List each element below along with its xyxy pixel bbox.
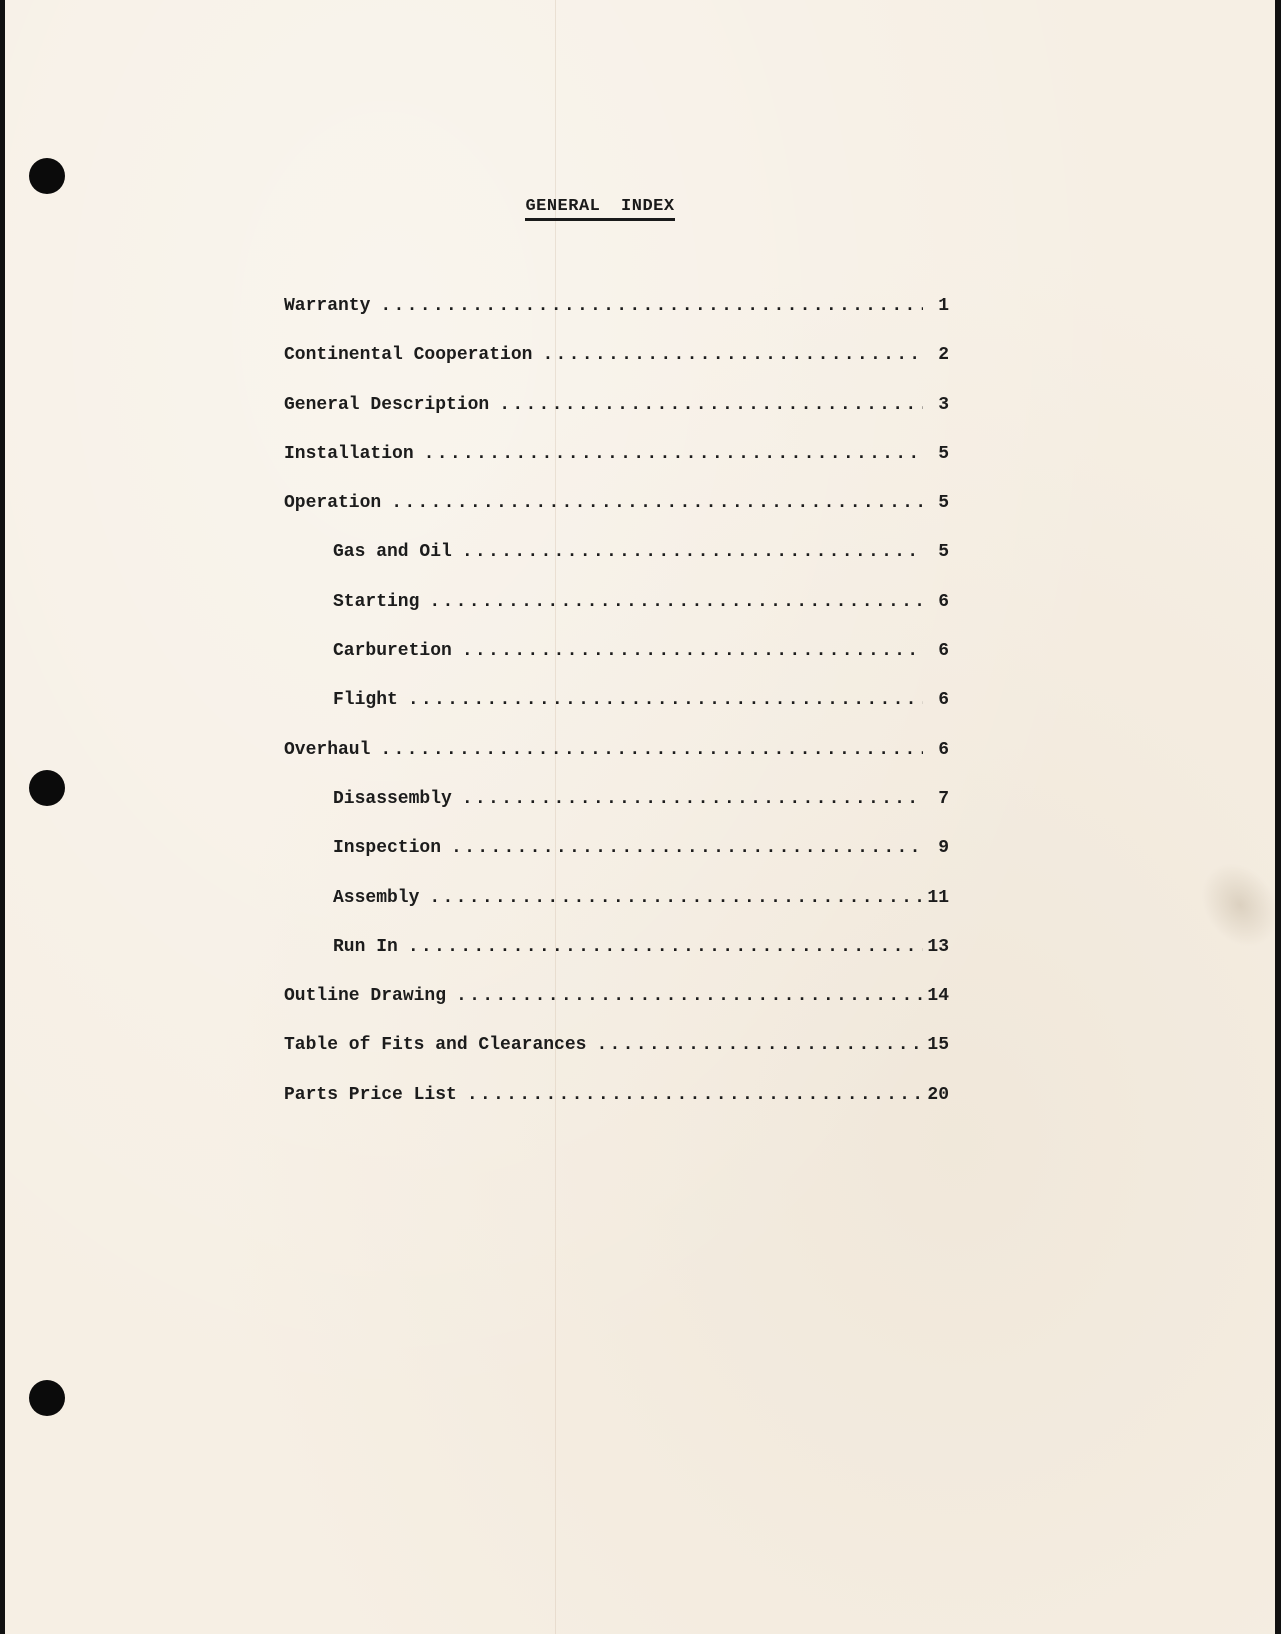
toc-entry: Continental Cooperation2 (284, 345, 949, 394)
toc-page-number: 9 (923, 838, 949, 858)
dot-leader (462, 542, 923, 562)
dot-leader (424, 444, 923, 464)
toc-entry-label: Overhaul (284, 740, 380, 760)
punch-hole-icon (29, 158, 65, 194)
table-of-contents: Warranty1Continental Cooperation2General… (284, 296, 949, 1134)
page-title-text: GENERAL INDEX (525, 197, 674, 221)
toc-page-number: 1 (923, 296, 949, 316)
dot-leader (542, 345, 923, 365)
toc-entry: General Description3 (284, 395, 949, 444)
scanned-page: GENERAL INDEX Warranty1Continental Coope… (5, 0, 1275, 1634)
toc-entry-label: Warranty (284, 296, 380, 316)
toc-entry-label: Continental Cooperation (284, 345, 542, 365)
toc-entry: Table of Fits and Clearances15 (284, 1035, 949, 1084)
dot-leader (467, 1085, 923, 1105)
toc-entry: Installation5 (284, 444, 949, 493)
dot-leader (451, 838, 923, 858)
toc-entry-label: Starting (333, 592, 429, 612)
punch-hole-icon (29, 770, 65, 806)
toc-entry-label: General Description (284, 395, 499, 415)
toc-entry: Disassembly7 (284, 789, 949, 838)
dot-leader (596, 1035, 923, 1055)
toc-entry: Gas and Oil5 (284, 542, 949, 591)
toc-entry-label: Run In (333, 937, 408, 957)
toc-page-number: 14 (923, 986, 949, 1006)
toc-page-number: 6 (923, 641, 949, 661)
toc-page-number: 6 (923, 740, 949, 760)
dot-leader (408, 937, 923, 957)
toc-entry: Inspection9 (284, 838, 949, 887)
dot-leader (429, 592, 923, 612)
toc-entry: Warranty1 (284, 296, 949, 345)
toc-page-number: 6 (923, 690, 949, 710)
dot-leader (456, 986, 923, 1006)
punch-hole-icon (29, 1380, 65, 1416)
paper-smudge (1186, 848, 1281, 962)
dot-leader (462, 641, 923, 661)
toc-page-number: 11 (923, 888, 949, 908)
toc-entry-label: Table of Fits and Clearances (284, 1035, 596, 1055)
toc-entry: Overhaul6 (284, 740, 949, 789)
toc-entry-label: Operation (284, 493, 391, 513)
dot-leader (380, 296, 923, 316)
dot-leader (380, 740, 923, 760)
dot-leader (462, 789, 923, 809)
toc-entry: Flight6 (284, 690, 949, 739)
toc-page-number: 13 (923, 937, 949, 957)
dot-leader (391, 493, 923, 513)
toc-entry-label: Inspection (333, 838, 451, 858)
toc-entry: Parts Price List20 (284, 1085, 949, 1134)
dot-leader (429, 888, 923, 908)
toc-page-number: 3 (923, 395, 949, 415)
toc-page-number: 20 (923, 1085, 949, 1105)
toc-page-number: 5 (923, 542, 949, 562)
toc-entry-label: Installation (284, 444, 424, 464)
toc-page-number: 15 (923, 1035, 949, 1055)
toc-entry-label: Disassembly (333, 789, 462, 809)
toc-entry: Carburetion6 (284, 641, 949, 690)
toc-entry-label: Assembly (333, 888, 429, 908)
dot-leader (499, 395, 923, 415)
toc-entry: Outline Drawing14 (284, 986, 949, 1035)
toc-entry: Starting6 (284, 592, 949, 641)
toc-entry: Run In13 (284, 937, 949, 986)
toc-entry-label: Outline Drawing (284, 986, 456, 1006)
toc-entry: Operation5 (284, 493, 949, 542)
toc-page-number: 2 (923, 345, 949, 365)
page-title: GENERAL INDEX (5, 197, 1195, 221)
toc-entry-label: Gas and Oil (333, 542, 462, 562)
toc-page-number: 5 (923, 444, 949, 464)
toc-page-number: 6 (923, 592, 949, 612)
toc-entry: Assembly11 (284, 888, 949, 937)
toc-entry-label: Parts Price List (284, 1085, 467, 1105)
toc-entry-label: Flight (333, 690, 408, 710)
toc-page-number: 5 (923, 493, 949, 513)
toc-entry-label: Carburetion (333, 641, 462, 661)
toc-page-number: 7 (923, 789, 949, 809)
dot-leader (408, 690, 923, 710)
